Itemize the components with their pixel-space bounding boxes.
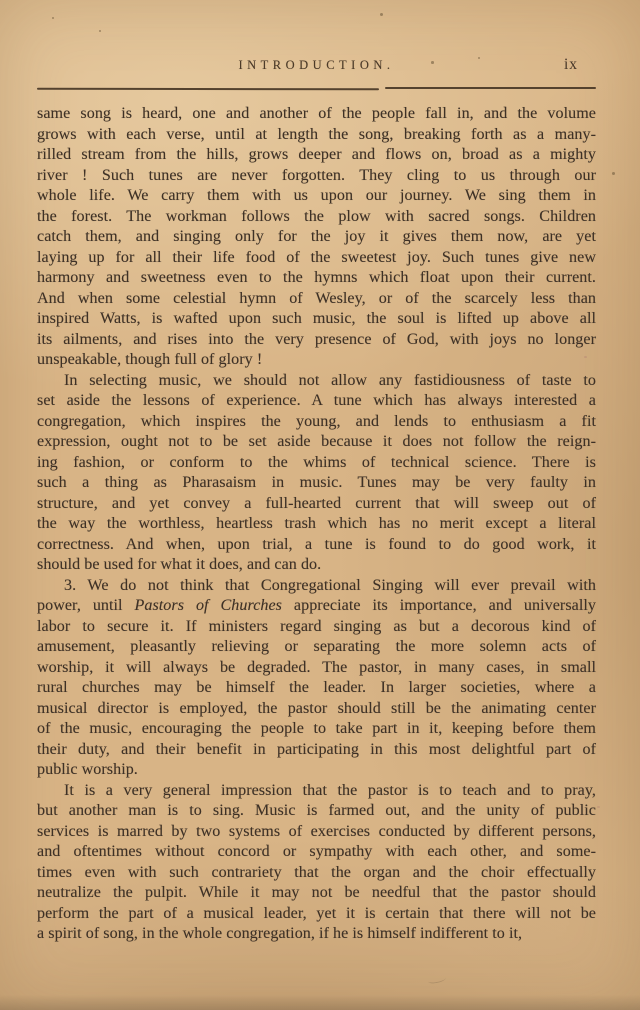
paper-speck	[584, 356, 587, 358]
paper-speck	[478, 57, 480, 59]
book-page-scan: INTRODUCTION. ix same song is heard, one…	[0, 0, 640, 1010]
text-line: amusement, pleasantly relieving or separ…	[37, 637, 596, 658]
text-line: public worship.	[37, 760, 596, 781]
text-line: neutralize the pulpit. While it may not …	[37, 883, 596, 904]
page-title: INTRODUCTION.	[37, 58, 596, 73]
paper-speck	[597, 806, 600, 808]
text-line: ing fashion, or conform to the whims of …	[37, 453, 596, 474]
text-line: congregation, which inspires the young, …	[37, 412, 596, 433]
text-line: set aside the lessons of experience. A t…	[37, 391, 596, 412]
pencil-smudge	[428, 975, 447, 984]
text-line: times even with such contrariety that th…	[37, 863, 596, 884]
text-line: river ! Such tunes are never forgotten. …	[37, 166, 596, 187]
text-line: power, until Pastors of Churches appreci…	[37, 596, 596, 617]
text-line: harmony and sweetness even to the hymns …	[37, 268, 596, 289]
text-line: In selecting music, we should not allow …	[37, 371, 596, 392]
text-line: the way the worthless, heartless trash w…	[37, 514, 596, 535]
text-line: laying up for all their life food of the…	[37, 248, 596, 269]
text-line: and oftentimes without concord or sympat…	[37, 842, 596, 863]
text-line: 3. We do not think that Congregational S…	[37, 576, 596, 597]
text-line: It is a very general impression that the…	[37, 781, 596, 802]
paper-speck	[431, 61, 434, 64]
paper-speck	[612, 172, 615, 175]
text-line: but another man is to sing. Music is far…	[37, 801, 596, 822]
text-line: correctness. And when, upon trial, a tun…	[37, 535, 596, 556]
text-line: its ailments, and rises into the very pr…	[37, 330, 596, 351]
text-line: such a thing as Pharasaism in music. Tun…	[37, 473, 596, 494]
text-line: should be used for what it does, and can…	[37, 555, 596, 576]
header-rule-right-segment	[385, 87, 596, 89]
text-line: And when some celestial hymn of Wesley, …	[37, 289, 596, 310]
text-line: worship, it will always be degraded. The…	[37, 658, 596, 679]
text-line: a spirit of song, in the whole congregat…	[37, 924, 596, 945]
italic-phrase: Pastors of Churches	[135, 597, 283, 614]
text-line: structure, and yet convey a full-hearted…	[37, 494, 596, 515]
text-line: inspired Watts, is wafted upon such musi…	[37, 309, 596, 330]
header-rule-left-segment	[37, 88, 379, 90]
text-line: whole life. We carry them with us upon o…	[37, 186, 596, 207]
text-line: labor to secure it. If ministers regard …	[37, 617, 596, 638]
text-line: same song is heard, one and another of t…	[37, 104, 596, 125]
paper-speck	[52, 17, 54, 19]
text-line: services is marred by two systems of exe…	[37, 822, 596, 843]
text-line: perform the part of a musical leader, ye…	[37, 904, 596, 925]
text-line: grows with each verse, until at length t…	[37, 125, 596, 146]
text-line: their duty, and their benefit in partici…	[37, 740, 596, 761]
text-line: musical director is employed, the pastor…	[37, 699, 596, 720]
body-text: same song is heard, one and another of t…	[37, 104, 596, 945]
text-segment: appreciate its importance, and universal…	[282, 597, 596, 614]
page-number: ix	[564, 56, 578, 74]
text-line: of the music, encouraging the people to …	[37, 719, 596, 740]
text-line: rilled stream from the hills, grows deep…	[37, 145, 596, 166]
text-line: the forest. The workman follows the plow…	[37, 207, 596, 228]
paper-speck	[380, 13, 383, 16]
text-line: expression, ought not to be set aside be…	[37, 432, 596, 453]
text-line: rural churches may be himself the leader…	[37, 678, 596, 699]
running-head: INTRODUCTION. ix	[37, 58, 596, 80]
text-line: catch them, and singing only for the joy…	[37, 227, 596, 248]
text-line: unspeakable, though full of glory !	[37, 350, 596, 371]
paper-speck	[99, 30, 101, 32]
text-segment: power, until	[37, 597, 135, 614]
